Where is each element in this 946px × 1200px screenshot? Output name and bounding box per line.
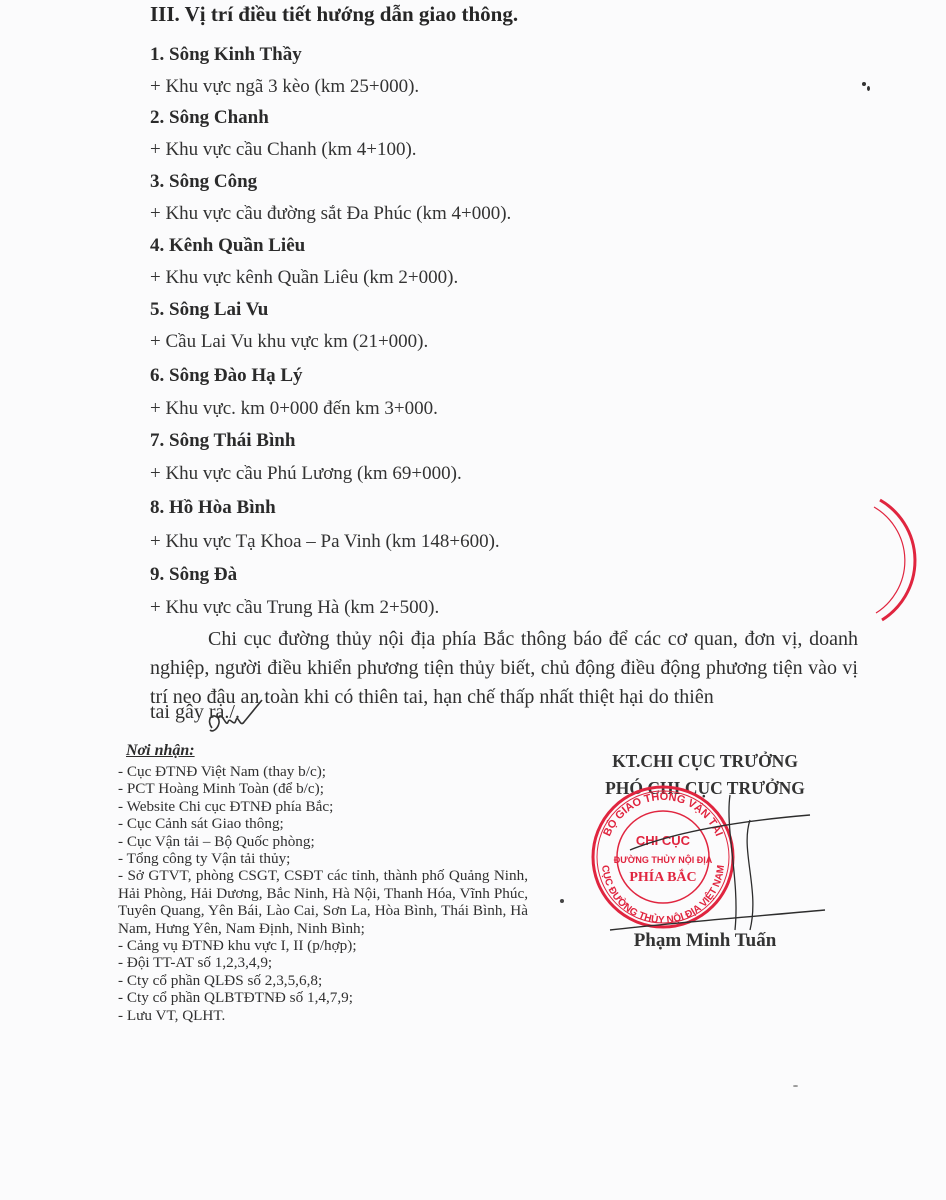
document-page: III. Vị trí điều tiết hướng dẫn giao thô… — [0, 0, 946, 1200]
location-detail: + Khu vực ngã 3 kèo (km 25+000). — [150, 76, 419, 98]
recipients-title: Nơi nhận: — [126, 742, 195, 760]
recipient-item: - Cảng vụ ĐTNĐ khu vực I, II (p/hợp); — [118, 937, 528, 954]
location-heading: 8. Hồ Hòa Bình — [150, 497, 276, 519]
location-detail: + Khu vực cầu Chanh (km 4+100). — [150, 139, 417, 161]
scan-speck — [862, 82, 866, 86]
location-heading: 9. Sông Đà — [150, 564, 237, 586]
location-heading: 7. Sông Thái Bình — [150, 430, 295, 452]
recipient-item: - PCT Hoàng Minh Toàn (để b/c); — [118, 780, 528, 797]
location-heading: 6. Sông Đào Hạ Lý — [150, 365, 303, 387]
initials-mark-icon — [204, 698, 264, 742]
section-title: III. Vị trí điều tiết hướng dẫn giao thô… — [150, 2, 518, 27]
recipient-item: - Cty cổ phần QLBTĐTNĐ số 1,4,7,9; — [118, 989, 528, 1006]
location-detail: + Cầu Lai Vu khu vực km (21+000). — [150, 331, 428, 353]
scan-speck — [867, 86, 870, 91]
location-detail: + Khu vực. km 0+000 đến km 3+000. — [150, 398, 438, 420]
location-detail: + Khu vực cầu Phú Lương (km 69+000). — [150, 463, 462, 485]
recipient-item: - Cục Cảnh sát Giao thông; — [118, 815, 528, 832]
scan-speck — [793, 1085, 798, 1087]
recipient-item: - Đội TT-AT số 1,2,3,4,9; — [118, 954, 528, 971]
recipient-item: - Cục ĐTNĐ Việt Nam (thay b/c); — [118, 763, 528, 780]
stray-dot — [560, 899, 564, 903]
location-detail: + Khu vực cầu đường sắt Đa Phúc (km 4+00… — [150, 203, 511, 225]
signature-icon — [600, 790, 830, 940]
recipients-list: - Cục ĐTNĐ Việt Nam (thay b/c); - PCT Ho… — [118, 763, 528, 1024]
recipient-item: - Sở GTVT, phòng CSGT, CSĐT các tỉnh, th… — [118, 867, 528, 937]
location-heading: 2. Sông Chanh — [150, 107, 269, 129]
signature-title-line1: KT.CHI CỤC TRƯỞNG — [575, 748, 835, 775]
signer-name: Phạm Minh Tuấn — [575, 930, 835, 952]
recipient-item: - Cty cổ phần QLĐS số 2,3,5,6,8; — [118, 972, 528, 989]
location-detail: + Khu vực kênh Quần Liêu (km 2+000). — [150, 267, 458, 289]
location-detail: + Khu vực Tạ Khoa – Pa Vinh (km 148+600)… — [150, 531, 500, 553]
recipient-item: - Website Chi cục ĐTNĐ phía Bắc; — [118, 798, 528, 815]
partial-stamp-icon — [872, 495, 946, 625]
location-heading: 5. Sông Lai Vu — [150, 299, 268, 321]
recipient-item: - Tổng công ty Vận tải thủy; — [118, 850, 528, 867]
recipient-item: - Lưu VT, QLHT. — [118, 1007, 528, 1024]
location-detail: + Khu vực cầu Trung Hà (km 2+500). — [150, 597, 439, 619]
location-heading: 4. Kênh Quần Liêu — [150, 235, 305, 257]
location-heading: 1. Sông Kinh Thầy — [150, 44, 302, 66]
recipient-item: - Cục Vận tải – Bộ Quốc phòng; — [118, 833, 528, 850]
location-heading: 3. Sông Công — [150, 171, 257, 193]
